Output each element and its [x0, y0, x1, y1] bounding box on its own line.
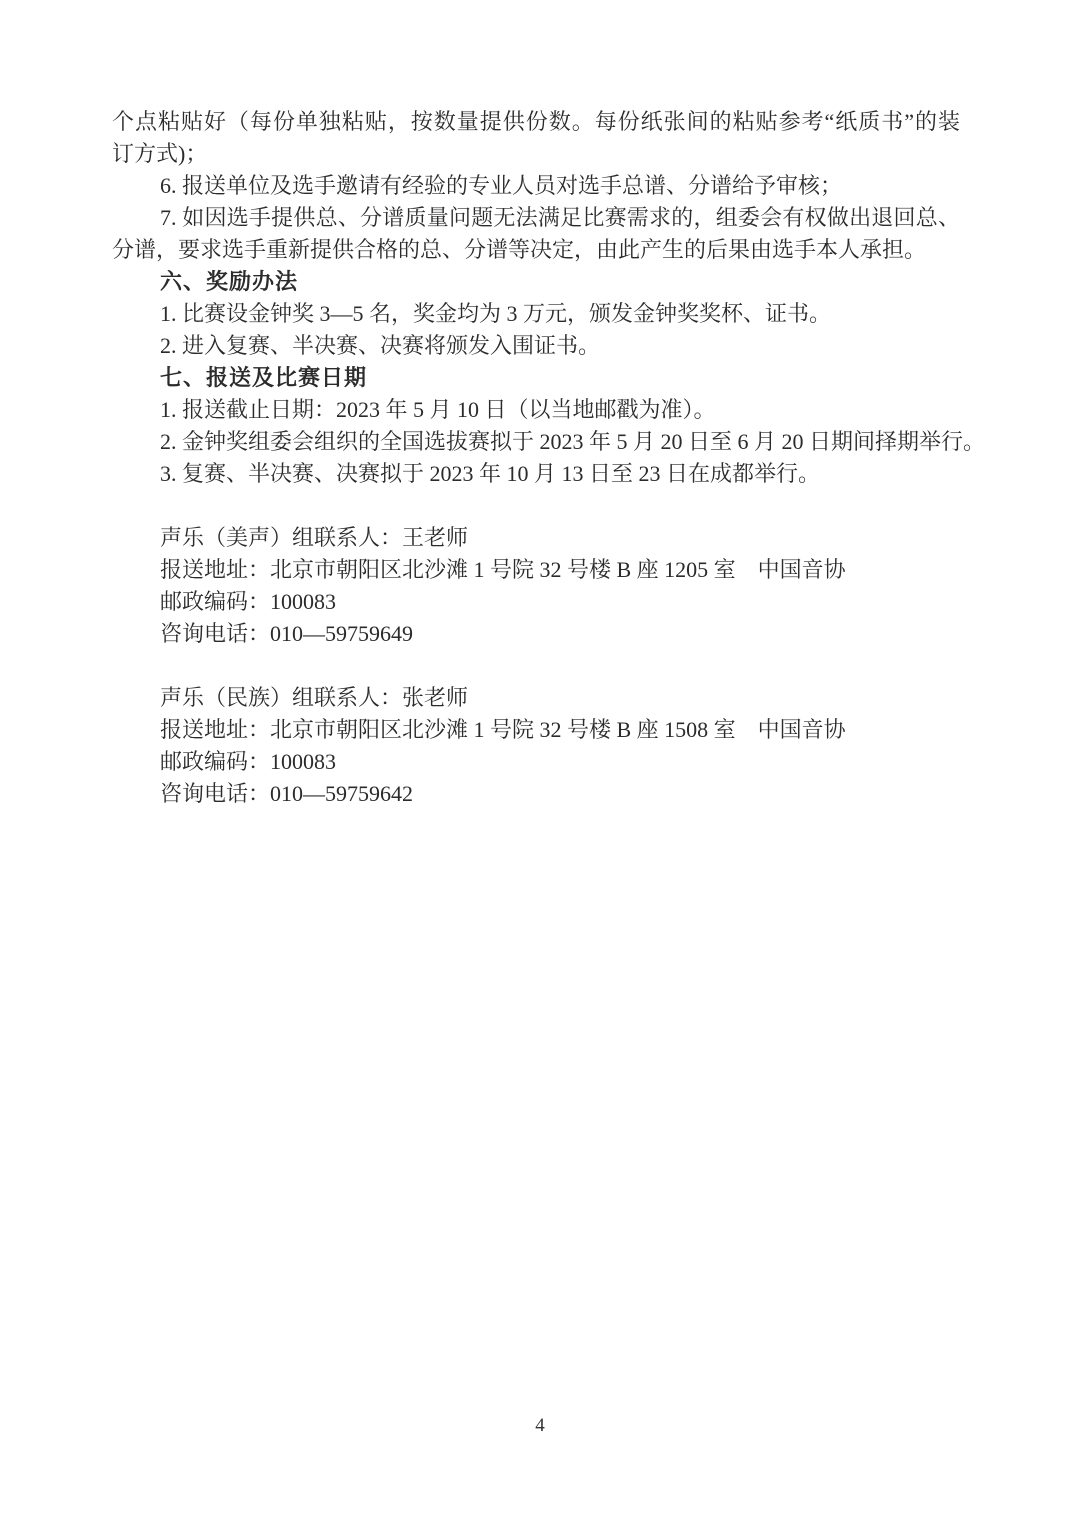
- submission-item-7-line-2: 分谱，要求选手重新提供合格的总、分谱等决定，由此产生的后果由选手本人承担。: [112, 234, 960, 266]
- blank-line: [112, 650, 960, 682]
- submission-item-6: 6. 报送单位及选手邀请有经验的专业人员对选手总谱、分谱给予审核；: [112, 170, 960, 202]
- contact-folk-phone: 咨询电话：010—59759642: [112, 778, 960, 810]
- contact-folk-person: 声乐（民族）组联系人：张老师: [112, 682, 960, 714]
- dates-section-heading: 七、报送及比赛日期: [112, 362, 960, 394]
- awards-item-2: 2. 进入复赛、半决赛、决赛将颁发入围证书。: [112, 330, 960, 362]
- contact-bel-canto-person: 声乐（美声）组联系人：王老师: [112, 522, 960, 554]
- contact-bel-canto-phone: 咨询电话：010—59759649: [112, 618, 960, 650]
- document-page-body: 个点粘贴好（每份单独粘贴，按数量提供份数。每份纸张间的粘贴参考“纸质书”的装 订…: [112, 106, 960, 810]
- dates-item-3: 3. 复赛、半决赛、决赛拟于 2023 年 10 月 13 日至 23 日在成都…: [112, 458, 960, 490]
- awards-section-heading: 六、奖励办法: [112, 266, 960, 298]
- dates-item-2: 2. 金钟奖组委会组织的全国选拔赛拟于 2023 年 5 月 20 日至 6 月…: [112, 426, 960, 458]
- contact-folk-postcode: 邮政编码：100083: [112, 746, 960, 778]
- contact-bel-canto-address: 报送地址：北京市朝阳区北沙滩 1 号院 32 号楼 B 座 1205 室 中国音…: [112, 554, 960, 586]
- dates-item-1: 1. 报送截止日期：2023 年 5 月 10 日（以当地邮戳为准）。: [112, 394, 960, 426]
- intro-continuation-line-1: 个点粘贴好（每份单独粘贴，按数量提供份数。每份纸张间的粘贴参考“纸质书”的装: [112, 106, 960, 138]
- blank-line: [112, 490, 960, 522]
- intro-continuation-line-2: 订方式)；: [112, 138, 960, 170]
- contact-bel-canto-postcode: 邮政编码：100083: [112, 586, 960, 618]
- contact-folk-address: 报送地址：北京市朝阳区北沙滩 1 号院 32 号楼 B 座 1508 室 中国音…: [112, 714, 960, 746]
- page-number: 4: [0, 1414, 1080, 1438]
- awards-item-1: 1. 比赛设金钟奖 3—5 名，奖金均为 3 万元，颁发金钟奖奖杯、证书。: [112, 298, 960, 330]
- submission-item-7-line-1: 7. 如因选手提供总、分谱质量问题无法满足比赛需求的，组委会有权做出退回总、: [112, 202, 960, 234]
